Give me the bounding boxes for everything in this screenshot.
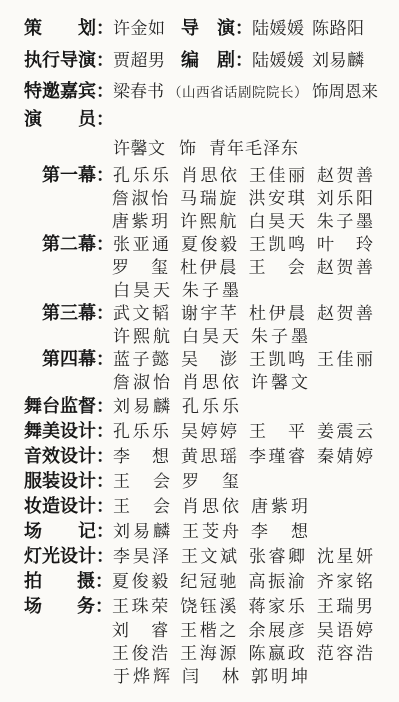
person-name: 洪安琪 — [248, 187, 304, 210]
crew-row-photography: 拍摄： 夏俊毅 纪冠驰 高振渝 齐家铭 — [24, 569, 385, 594]
person-name: 齐家铭 — [317, 569, 373, 594]
person-name: 王楷之 — [180, 619, 236, 642]
person-name: 许熙航 — [113, 325, 170, 348]
person-name: 谢宇芊 — [181, 302, 237, 325]
scene3-row1: 第三幕： 武文韬 谢宇芊 杜伊晨 赵贺善 — [24, 302, 385, 325]
person-name: 唐紫玥 — [251, 494, 308, 519]
plays-verb: 饰 — [179, 133, 196, 164]
crew-row-stagehands: 场务： 王珠荣 饶钰溪 蒋家乐 王瑞男 — [24, 594, 385, 619]
colon: ： — [96, 519, 113, 544]
person-name: 叶玲 — [317, 233, 373, 256]
person-name: 刘睿 — [112, 619, 168, 642]
credit-row-exec-director-writer: 执行导演： 贾超男 编剧： 陆媛媛 刘易麟 — [24, 44, 385, 76]
guest-played-role: 饰周恩来 — [312, 77, 378, 107]
role-label: 音效设计 — [24, 444, 96, 469]
person-name: 孔乐乐 — [182, 394, 239, 419]
colon: ： — [96, 544, 113, 569]
role-label-cast: 演员 — [24, 106, 96, 133]
person-name: 唐紫玥 — [112, 210, 168, 233]
role-label: 灯光设计 — [24, 544, 96, 569]
colon: ： — [96, 348, 113, 371]
role-label: 舞台监督 — [24, 394, 96, 419]
person-name: 肖思依 — [182, 494, 239, 519]
person-name: 刘易麟 — [312, 45, 364, 77]
colon: ： — [96, 394, 113, 419]
person-name: 纪冠驰 — [180, 569, 236, 594]
colon: ： — [95, 594, 112, 619]
crew-row-makeup-design: 妆造设计： 王会 肖思依 唐紫玥 — [24, 494, 385, 519]
person-name: 李想 — [113, 444, 169, 469]
person-name: 武文韬 — [113, 302, 169, 325]
person-name: 许馨文 — [251, 371, 308, 394]
role-label-exec-director: 执行导演 — [24, 44, 96, 76]
colon: ： — [96, 164, 113, 187]
person-name: 孔乐乐 — [113, 419, 169, 444]
person-name: 郭明坤 — [251, 665, 308, 688]
person-name: 王凯鸣 — [249, 348, 305, 371]
scene1-row2: 詹淑怡 马瑞旋 洪安琪 刘乐阳 — [24, 187, 385, 210]
scene-label: 第四幕 — [42, 348, 96, 371]
person-name: 范容浩 — [317, 642, 373, 665]
colon: ： — [96, 44, 113, 76]
person-name: 肖思依 — [181, 164, 237, 187]
person-name: 杜伊晨 — [180, 256, 236, 279]
person-name: 闫林 — [182, 665, 239, 688]
person-name: 于烨辉 — [113, 665, 170, 688]
lead-actor-name: 许馨文 — [113, 133, 165, 164]
scene2-row3: 白昊天 朱子墨 — [24, 279, 385, 302]
guest-title-note: （山西省话剧院院长） — [168, 78, 308, 108]
person-name: 王俊浩 — [112, 642, 168, 665]
lead-actor-line: 许馨文 饰 青年毛泽东 — [113, 133, 385, 164]
credits-page: 策划： 许金如 导演： 陆媛媛 陈路阳 执行导演： 贾超男 编剧： 陆媛媛 刘易… — [0, 0, 399, 702]
person-name: 朱子墨 — [251, 325, 308, 348]
crew-row-script-supervisor: 场记： 刘易麟 王芠舟 李想 — [24, 519, 385, 544]
person-name: 刘乐阳 — [317, 187, 373, 210]
person-name: 赵贺善 — [317, 302, 373, 325]
person-name: 许熙航 — [180, 210, 236, 233]
person-name: 詹淑怡 — [113, 371, 170, 394]
person-name: 王文斌 — [181, 544, 237, 569]
crew-row-sound-design: 音效设计： 李想 黄思瑶 李瑾睿 秦婧婷 — [24, 444, 385, 469]
person-name: 王会 — [113, 469, 170, 494]
role-label: 场记 — [24, 519, 96, 544]
colon: ： — [96, 469, 113, 494]
crew-row-set-design: 舞美设计： 孔乐乐 吴婷婷 王平 姜震云 — [24, 419, 385, 444]
role-label: 妆造设计 — [24, 494, 96, 519]
credit-row-planning-director: 策划： 许金如 导演： 陆媛媛 陈路阳 — [24, 12, 385, 44]
person-name: 陈嬴政 — [248, 642, 304, 665]
guest-name: 梁春书 — [113, 77, 164, 107]
person-name: 陆媛媛 — [252, 13, 304, 45]
person-name: 刘易麟 — [113, 394, 170, 419]
person-name: 吴婷婷 — [181, 419, 237, 444]
colon: ： — [96, 12, 113, 44]
person-name: 饶钰溪 — [180, 594, 236, 619]
person-name: 白昊天 — [248, 210, 304, 233]
crew-row-costume-design: 服装设计： 王会 罗玺 — [24, 469, 385, 494]
colon: ： — [96, 444, 113, 469]
role-label: 拍摄 — [24, 569, 95, 594]
colon: ： — [96, 494, 113, 519]
person-name: 刘易麟 — [113, 519, 170, 544]
person-name: 赵贺善 — [317, 256, 373, 279]
role-label-planning: 策划 — [24, 12, 96, 44]
crew-row-lighting-design: 灯光设计： 李昊泽 王文斌 张睿卿 沈星妍 — [24, 544, 385, 569]
person-name: 王会 — [113, 494, 170, 519]
person-name: 王佳丽 — [249, 164, 305, 187]
scene-label: 第三幕 — [42, 302, 96, 325]
person-name: 马瑞旋 — [180, 187, 236, 210]
person-name: 王珠荣 — [112, 594, 168, 619]
scene1-row3: 唐紫玥 许熙航 白昊天 朱子墨 — [24, 210, 385, 233]
person-name: 詹淑怡 — [112, 187, 168, 210]
person-name: 姜震云 — [317, 419, 373, 444]
person-name: 罗玺 — [182, 469, 239, 494]
person-name: 赵贺善 — [317, 164, 373, 187]
cast-section-header: 演员： — [24, 106, 385, 133]
crew-row-stagehands-2: 刘睿 王楷之 余展彦 吴语婷 — [24, 619, 385, 642]
scene3-row2: 许熙航 白昊天 朱子墨 — [24, 325, 385, 348]
person-name: 夏俊毅 — [112, 569, 168, 594]
scene1-row1: 第一幕： 孔乐乐 肖思依 王佳丽 赵贺善 — [24, 164, 385, 187]
person-name: 夏俊毅 — [181, 233, 237, 256]
person-name: 王芠舟 — [182, 519, 239, 544]
scene-label: 第二幕 — [42, 233, 96, 256]
crew-row-stagehands-4: 于烨辉 闫林 郭明坤 — [24, 665, 385, 688]
role-label: 服装设计 — [24, 469, 96, 494]
person-name: 陆媛媛 — [252, 45, 304, 77]
person-name: 陈路阳 — [312, 13, 364, 45]
person-name: 白昊天 — [182, 325, 239, 348]
person-name: 王会 — [248, 256, 304, 279]
person-name: 杜伊晨 — [249, 302, 305, 325]
person-name: 蒋家乐 — [249, 594, 305, 619]
person-name: 余展彦 — [248, 619, 304, 642]
person-name: 王凯鸣 — [249, 233, 305, 256]
person-name: 吴语婷 — [317, 619, 373, 642]
person-name: 肖思依 — [182, 371, 239, 394]
person-name: 贾超男 — [113, 45, 165, 77]
scene-label: 第一幕 — [42, 164, 96, 187]
scene4-row1: 第四幕： 蓝子懿 吴澎 王凯鸣 王佳丽 — [24, 348, 385, 371]
person-name: 沈星妍 — [317, 544, 373, 569]
person-name: 朱子墨 — [317, 210, 373, 233]
person-name: 蓝子懿 — [113, 348, 169, 371]
role-label-writer: 编剧 — [181, 44, 235, 76]
colon: ： — [96, 233, 113, 256]
role-label: 舞美设计 — [24, 419, 96, 444]
scene2-row1: 第二幕： 张亚通 夏俊毅 王凯鸣 叶玲 — [24, 233, 385, 256]
colon: ： — [96, 419, 113, 444]
person-name: 朱子墨 — [182, 279, 239, 302]
role-label: 场务 — [24, 594, 95, 619]
person-name: 王佳丽 — [317, 348, 373, 371]
colon: ： — [96, 106, 113, 133]
colon: ： — [235, 12, 252, 44]
person-name: 孔乐乐 — [113, 164, 169, 187]
person-name: 王瑞男 — [317, 594, 373, 619]
person-name: 李瑾睿 — [249, 444, 305, 469]
person-name: 张睿卿 — [249, 544, 305, 569]
person-name: 张亚通 — [113, 233, 169, 256]
colon: ： — [96, 76, 113, 106]
scene4-row2: 詹淑怡 肖思依 许馨文 — [24, 371, 385, 394]
crew-row-stage-manager: 舞台监督： 刘易麟 孔乐乐 — [24, 394, 385, 419]
person-name: 罗玺 — [112, 256, 168, 279]
person-name: 黄思瑶 — [181, 444, 237, 469]
crew-row-stagehands-3: 王俊浩 王海源 陈嬴政 范容浩 — [24, 642, 385, 665]
person-name: 王平 — [249, 419, 305, 444]
role-label-director: 导演 — [181, 12, 235, 44]
role-label-special-guest: 特邀嘉宾 — [24, 76, 96, 106]
person-name: 许金如 — [113, 13, 165, 45]
person-name: 秦婧婷 — [317, 444, 373, 469]
person-name: 高振渝 — [249, 569, 305, 594]
person-name: 王海源 — [180, 642, 236, 665]
scene2-row2: 罗玺 杜伊晨 王会 赵贺善 — [24, 256, 385, 279]
person-name: 李昊泽 — [113, 544, 169, 569]
person-name: 吴澎 — [181, 348, 237, 371]
lead-character-name: 青年毛泽东 — [209, 133, 299, 164]
colon: ： — [96, 302, 113, 325]
person-name: 白昊天 — [113, 279, 170, 302]
colon: ： — [235, 44, 252, 76]
credit-row-special-guest: 特邀嘉宾： 梁春书 （山西省话剧院院长） 饰周恩来 — [24, 76, 385, 106]
colon: ： — [95, 569, 112, 594]
person-name: 李想 — [251, 519, 308, 544]
